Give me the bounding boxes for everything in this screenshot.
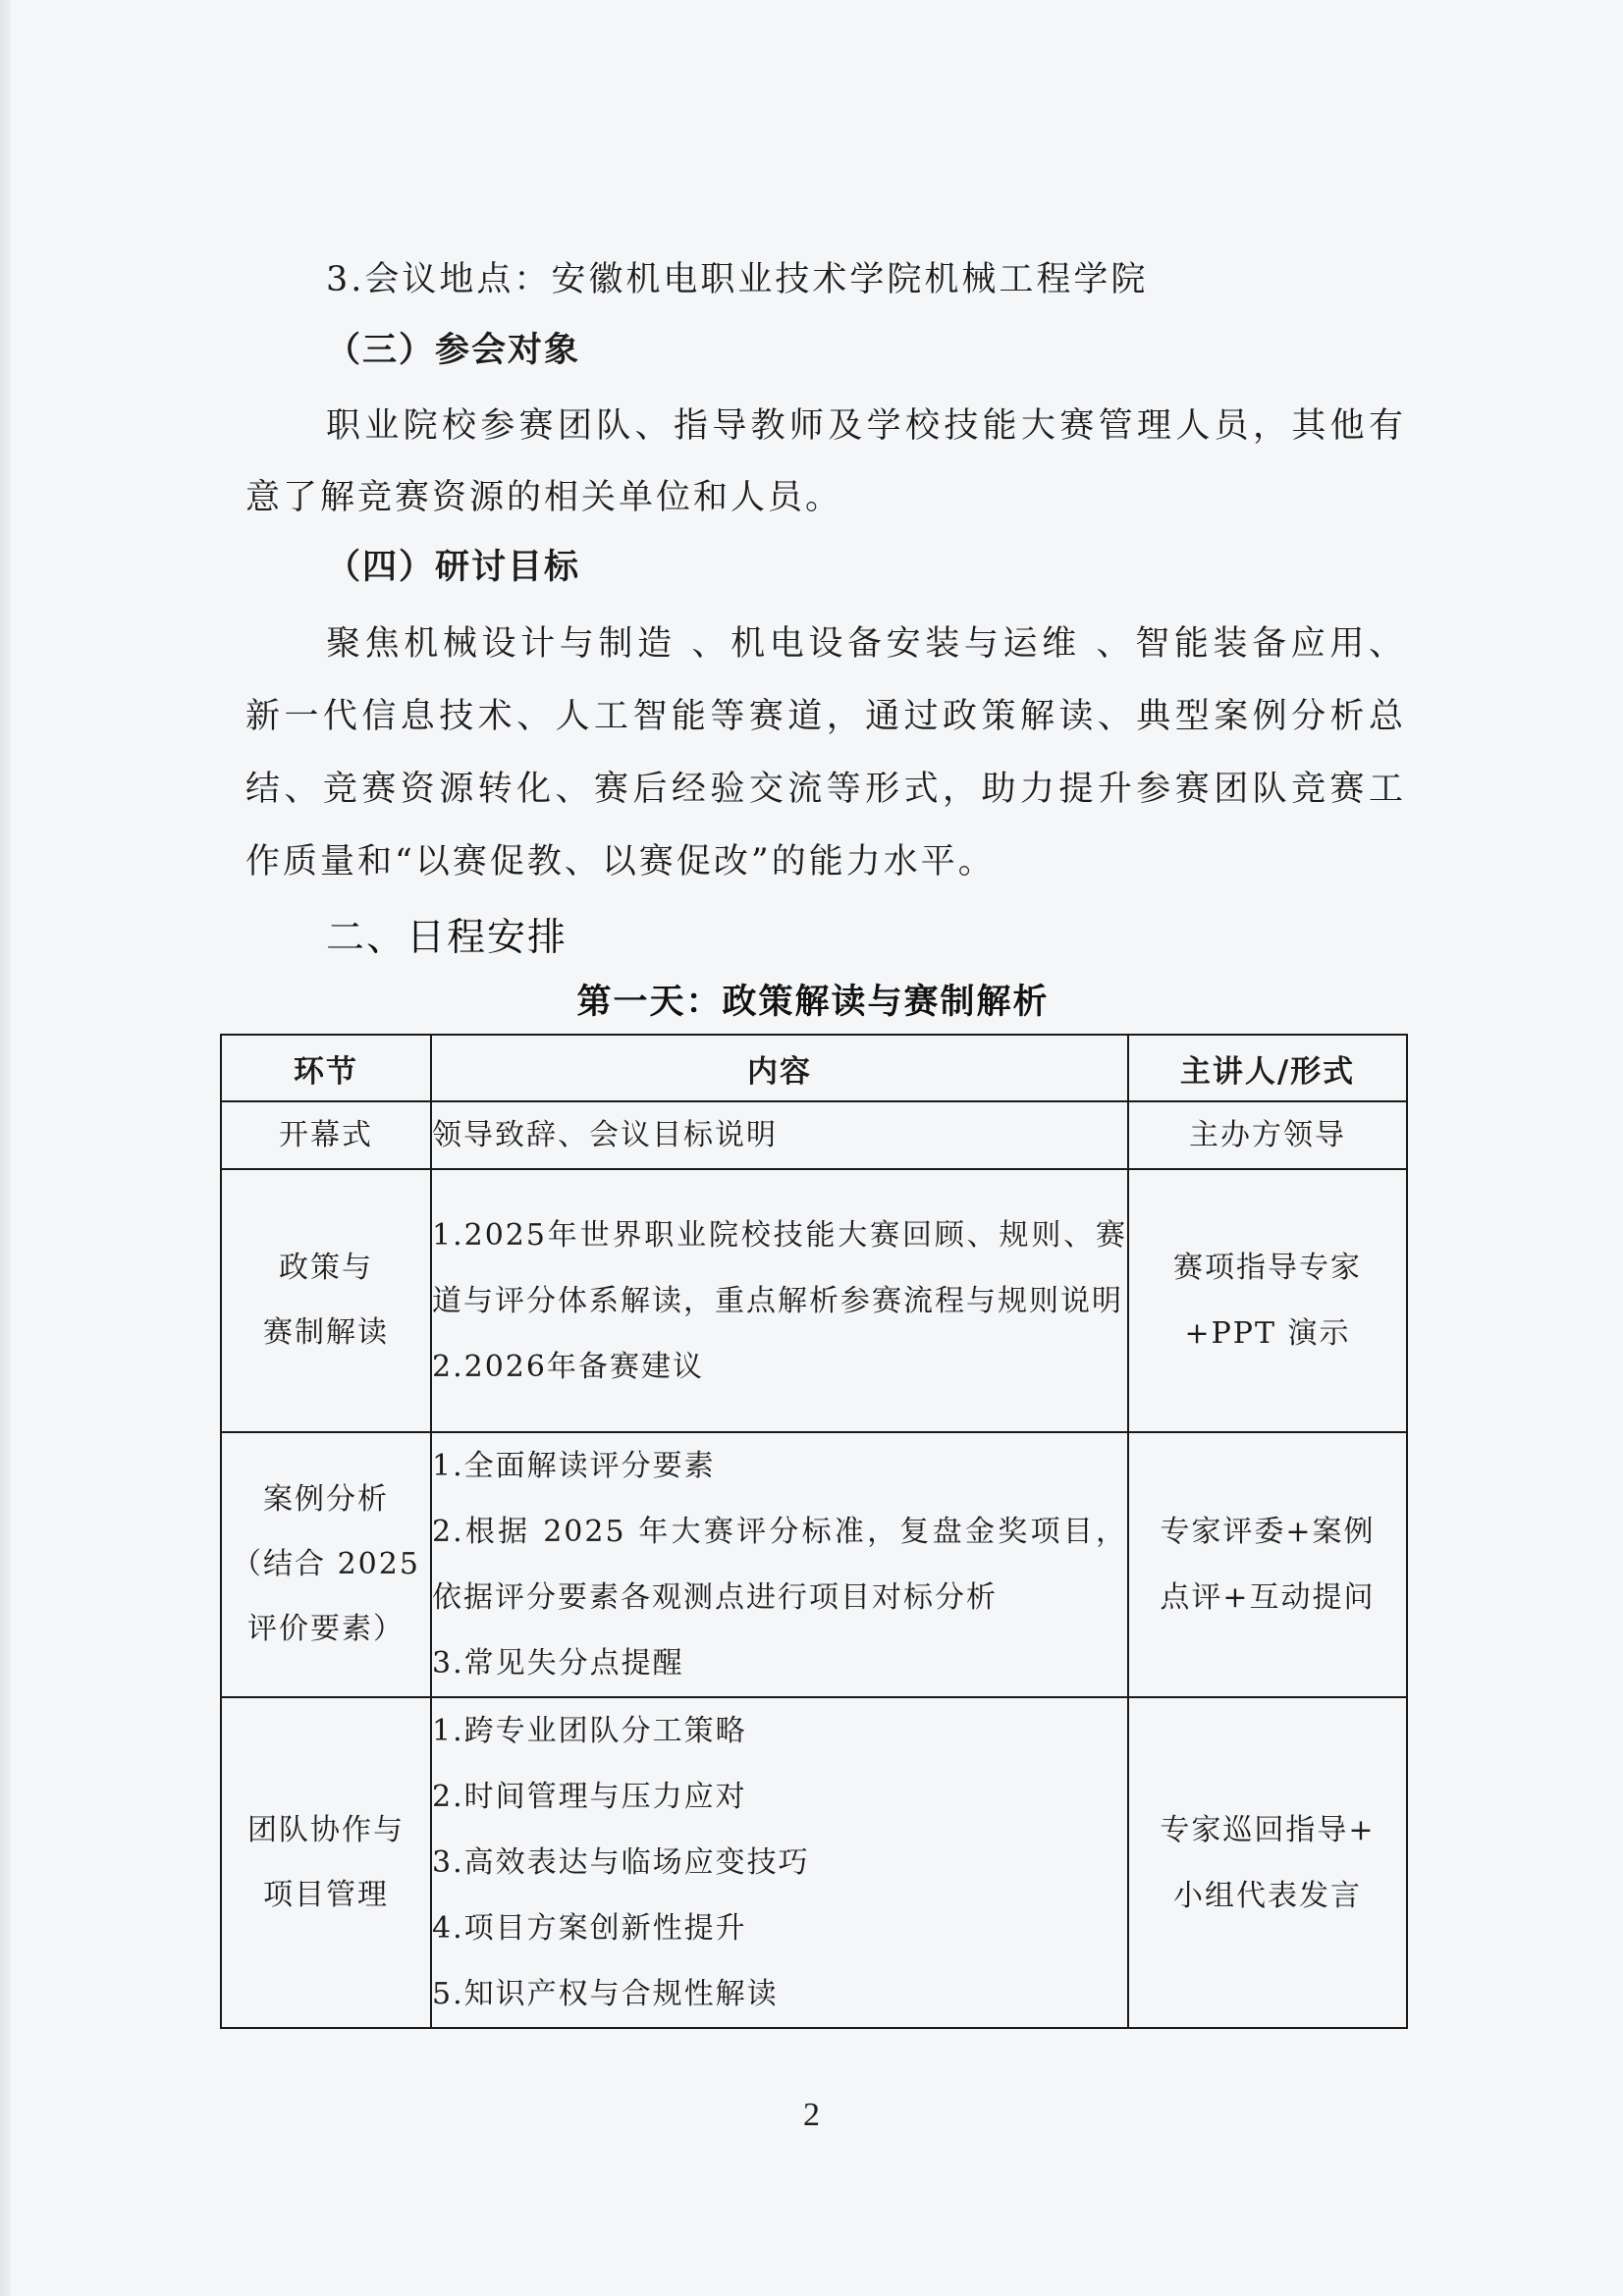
header-stage: 环节 <box>221 1035 431 1101</box>
content-item: 1.全面解读评分要素 <box>432 1433 1127 1499</box>
table-row: 政策与 赛制解读 1.2025年世界职业院校技能大赛回顾、规则、赛道与评分体系解… <box>221 1169 1407 1432</box>
attendees-line-2: 意了解竞赛资源的相关单位和人员。 <box>245 462 1406 533</box>
content-item: 领导致辞、会议目标说明 <box>432 1102 1127 1168</box>
content-item: 3.高效表达与临场应变技巧 <box>432 1830 1127 1896</box>
stage-label: 开幕式 <box>222 1103 430 1168</box>
stage-cell: 案例分析 （结合 2025 评价要素） <box>221 1432 431 1697</box>
content-item: 2.根据 2025 年大赛评分标准，复盘金奖项目，依据评分要素各观测点进行项目对… <box>432 1499 1127 1630</box>
stage-label: 赛制解读 <box>222 1301 430 1365</box>
content-cell: 1.全面解读评分要素 2.根据 2025 年大赛评分标准，复盘金奖项目，依据评分… <box>431 1432 1128 1697</box>
speaker-label: 点评+互动提问 <box>1129 1565 1406 1630</box>
content-item: 4.项目方案创新性提升 <box>432 1896 1127 1961</box>
content-item: 1.2025年世界职业院校技能大赛回顾、规则、赛道与评分体系解读，重点解析参赛流… <box>432 1202 1127 1334</box>
stage-cell: 开幕式 <box>221 1101 431 1169</box>
speaker-cell: 专家评委+案例 点评+互动提问 <box>1128 1432 1407 1697</box>
stage-label: 政策与 <box>222 1236 430 1301</box>
page-number: 2 <box>0 2091 1623 2140</box>
section-heading-schedule: 二、日程安排 <box>326 903 568 974</box>
table-row: 案例分析 （结合 2025 评价要素） 1.全面解读评分要素 2.根据 2025… <box>221 1432 1407 1697</box>
table-title: 第一天：政策解读与赛制解析 <box>220 975 1406 1030</box>
stage-label: 项目管理 <box>222 1863 430 1928</box>
goals-line-4: 作质量和“以赛促教、以赛促改”的能力水平。 <box>245 827 1406 897</box>
content-cell: 1.2025年世界职业院校技能大赛回顾、规则、赛道与评分体系解读，重点解析参赛流… <box>431 1169 1128 1432</box>
content-item: 3.常见失分点提醒 <box>432 1630 1127 1696</box>
stage-cell: 团队协作与 项目管理 <box>221 1697 431 2028</box>
scan-edge <box>0 0 11 2296</box>
schedule-table: 环节 内容 主讲人/形式 开幕式 领导致辞、会议目标说明 主办方领导 政策与 赛… <box>220 1034 1408 2029</box>
content-item: 2.2026年备赛建议 <box>432 1334 1127 1400</box>
header-speaker: 主讲人/形式 <box>1128 1035 1407 1101</box>
speaker-label: 赛项指导专家 <box>1129 1235 1406 1301</box>
stage-label: （结合 2025 <box>222 1532 430 1597</box>
content-item: 5.知识产权与合规性解读 <box>432 1961 1127 2027</box>
goals-line-3: 结、竞赛资源转化、赛后经验交流等形式，助力提升参赛团队竞赛工 <box>245 754 1406 825</box>
content-cell: 领导致辞、会议目标说明 <box>431 1101 1128 1169</box>
header-content: 内容 <box>431 1035 1128 1101</box>
content-cell: 1.跨专业团队分工策略 2.时间管理与压力应对 3.高效表达与临场应变技巧 4.… <box>431 1697 1128 2028</box>
speaker-label: 专家巡回指导+ <box>1129 1797 1406 1863</box>
heading-attendees: （三）参会对象 <box>326 315 1487 386</box>
speaker-label: 主办方领导 <box>1129 1102 1406 1168</box>
table-row: 开幕式 领导致辞、会议目标说明 主办方领导 <box>221 1101 1407 1169</box>
table-row: 团队协作与 项目管理 1.跨专业团队分工策略 2.时间管理与压力应对 3.高效表… <box>221 1697 1407 2028</box>
table-header-row: 环节 内容 主讲人/形式 <box>221 1035 1407 1101</box>
speaker-label: +PPT 演示 <box>1129 1301 1406 1366</box>
speaker-cell: 赛项指导专家 +PPT 演示 <box>1128 1169 1407 1432</box>
stage-label: 团队协作与 <box>222 1798 430 1863</box>
speaker-cell: 专家巡回指导+ 小组代表发言 <box>1128 1697 1407 2028</box>
attendees-line-1: 职业院校参赛团队、指导教师及学校技能大赛管理人员，其他有 <box>326 391 1406 461</box>
goals-line-1: 聚焦机械设计与制造 、机电设备安装与运维 、智能装备应用、 <box>326 609 1406 679</box>
stage-label: 案例分析 <box>222 1468 430 1532</box>
stage-label: 评价要素） <box>222 1597 430 1662</box>
content-item: 1.跨专业团队分工策略 <box>432 1698 1127 1764</box>
goals-line-2: 新一代信息技术、人工智能等赛道，通过政策解读、典型案例分析总 <box>245 681 1406 752</box>
stage-cell: 政策与 赛制解读 <box>221 1169 431 1432</box>
heading-goals: （四）研讨目标 <box>326 532 1487 603</box>
venue-line: 3.会议地点：安徽机电职业技术学院机械工程学院 <box>326 244 1487 315</box>
speaker-cell: 主办方领导 <box>1128 1101 1407 1169</box>
content-item: 2.时间管理与压力应对 <box>432 1764 1127 1830</box>
speaker-label: 小组代表发言 <box>1129 1863 1406 1929</box>
speaker-label: 专家评委+案例 <box>1129 1499 1406 1565</box>
